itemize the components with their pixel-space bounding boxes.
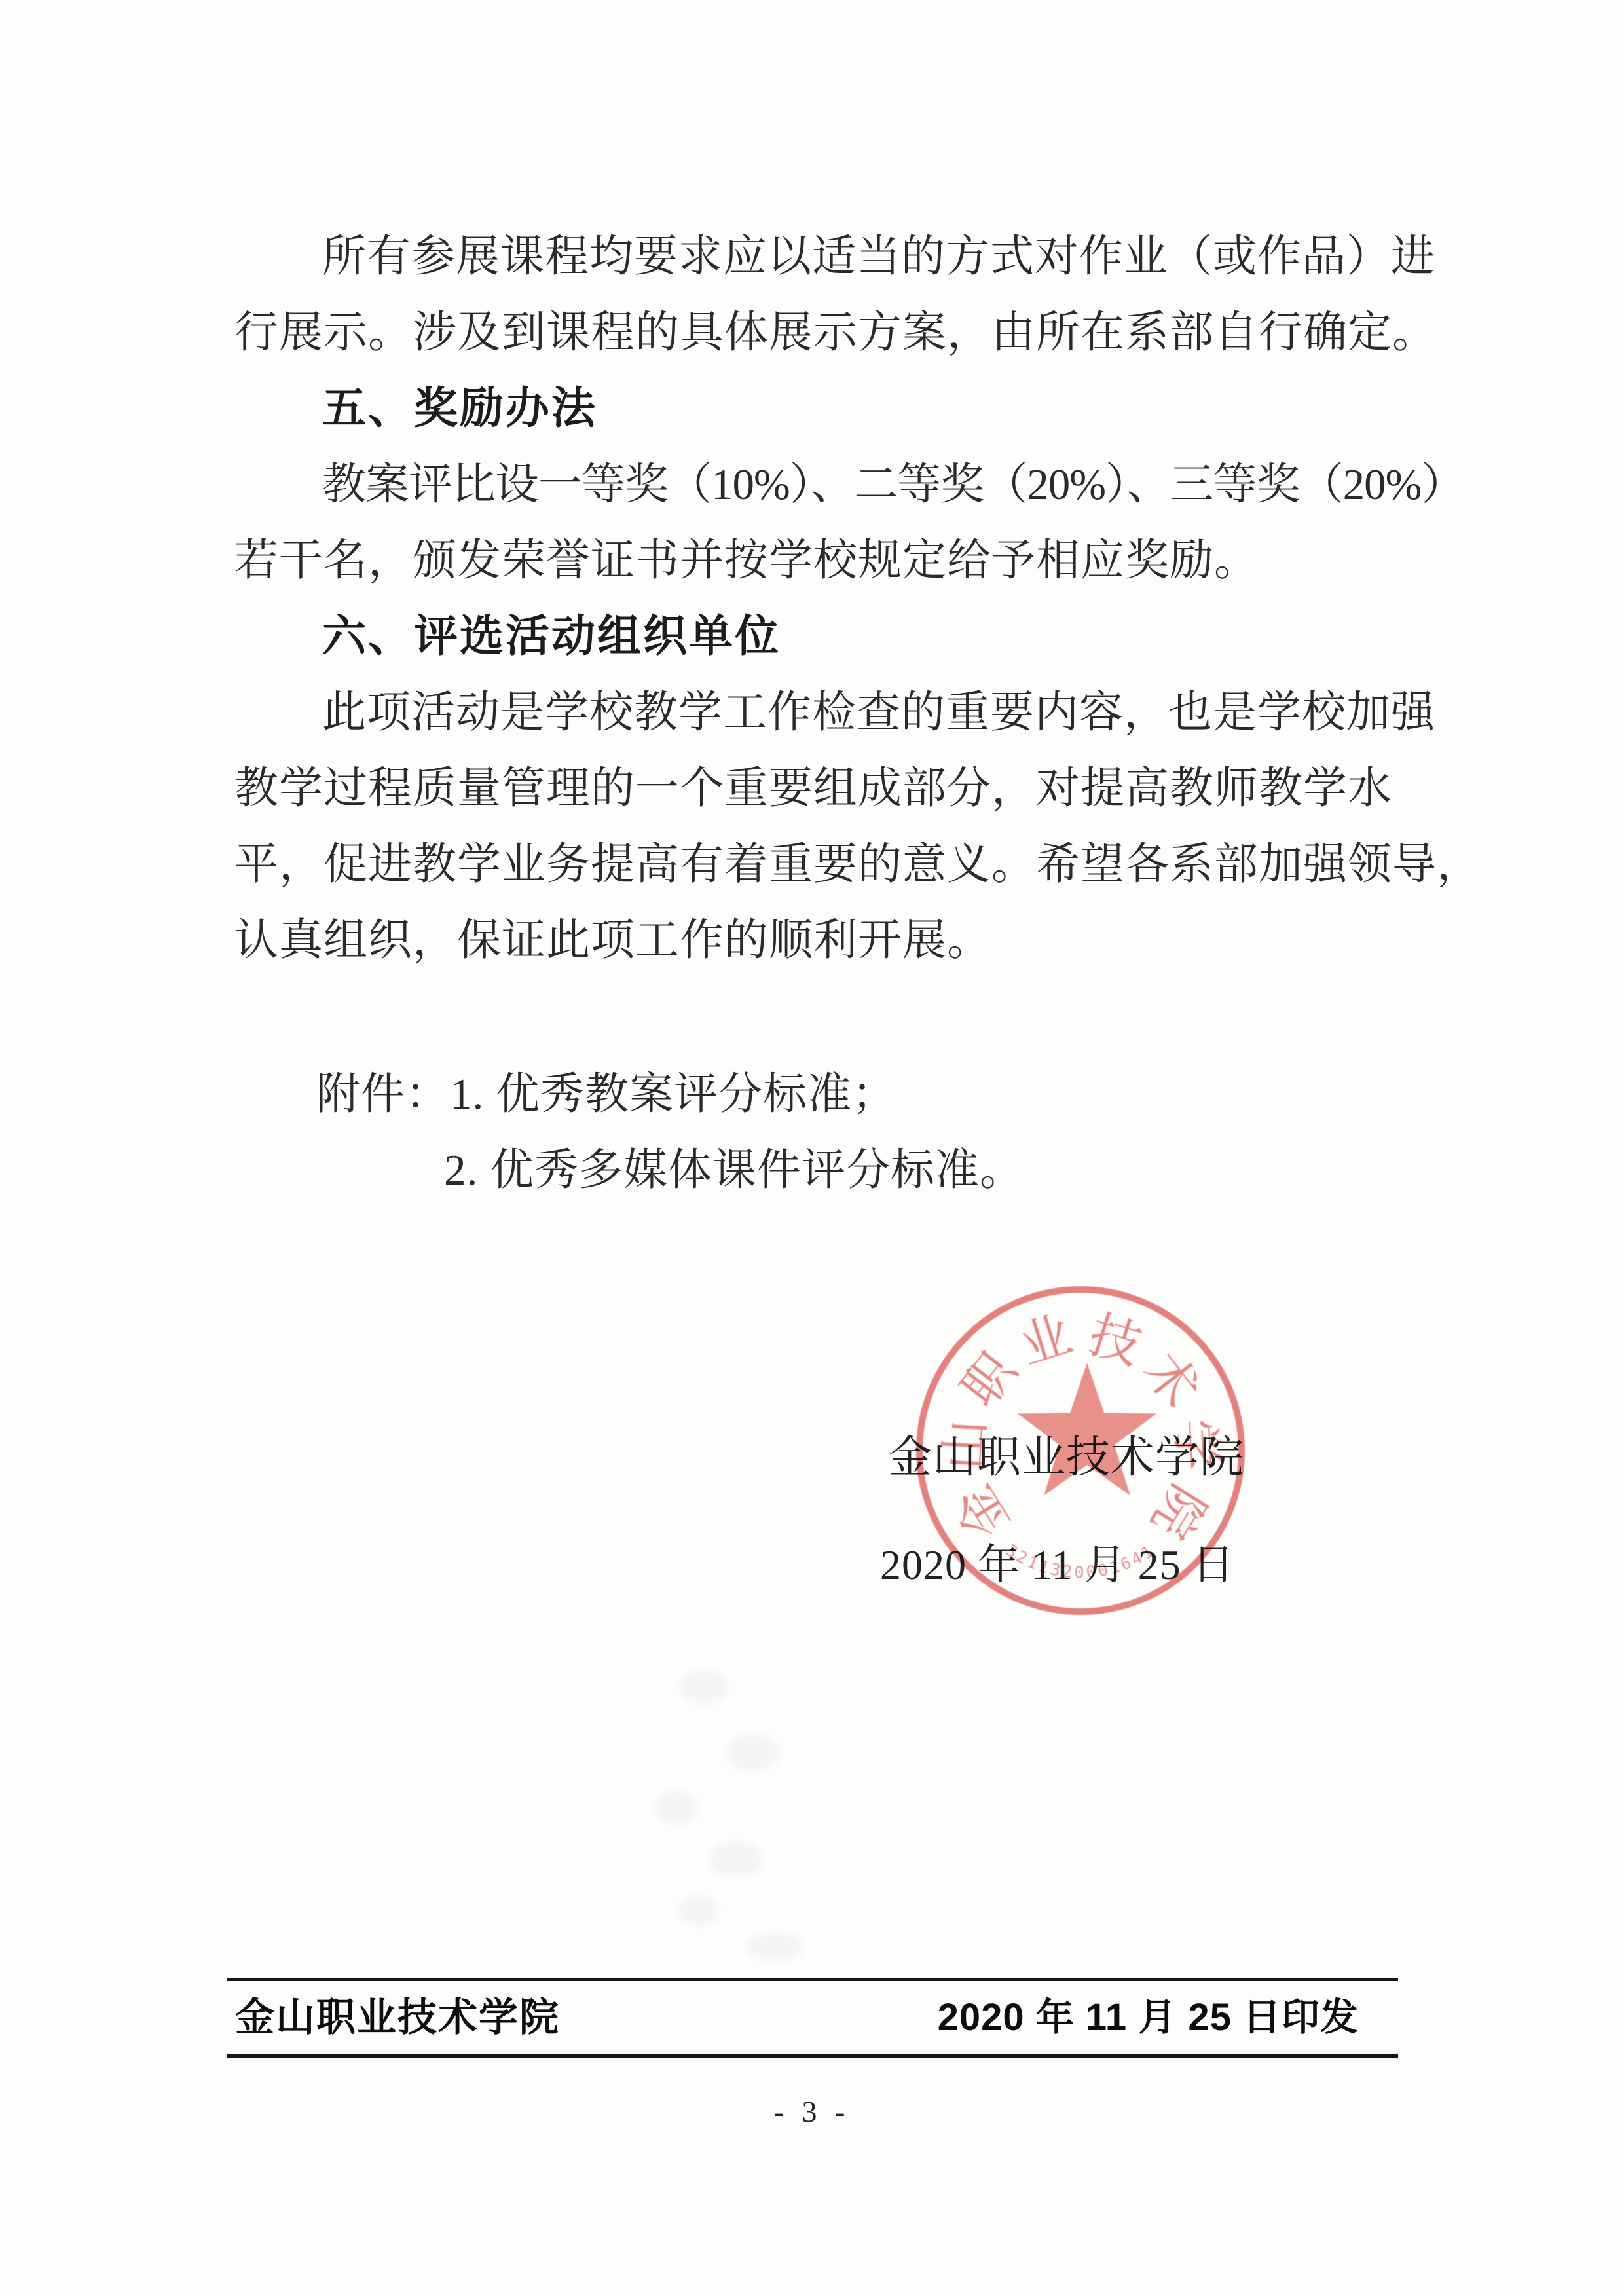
paragraph-line: 所有参展课程均要求应以适当的方式对作业（或作品）进	[234, 219, 1413, 295]
page-number: - 3 -	[0, 2094, 1624, 2129]
bleed-through-smudge	[727, 1734, 779, 1771]
seal-star-icon	[1018, 1363, 1157, 1496]
seal-ring-char: 业	[1013, 1305, 1079, 1375]
attachment-line-2: 2. 优秀多媒体课件评分标准。	[444, 1132, 1413, 1208]
seal-ring-char: 职	[951, 1341, 1028, 1418]
seal-ring-char: 山	[935, 1418, 995, 1472]
footer-print-date: 2020 年 11 月 25 日印发	[938, 1981, 1359, 2054]
official-seal-stamp: 金 山 职 业 技 术 学 院 3211320001641	[907, 1277, 1254, 1624]
seal-serial-number: 3211320001641	[1003, 1540, 1159, 1582]
paragraph-line: 教学过程质量管理的一个重要组成部分，对提高教师教学水	[234, 750, 1413, 826]
document-body: 所有参展课程均要求应以适当的方式对作业（或作品）进 行展示。涉及到课程的具体展示…	[234, 219, 1413, 1208]
seal-ring-char: 院	[1141, 1475, 1216, 1548]
section-heading-5: 五、奖励办法	[234, 371, 1413, 447]
seal-ring-char: 学	[1166, 1418, 1226, 1472]
paragraph-line: 若干名，颁发荣誉证书并按学校规定给予相应奖励。	[234, 523, 1413, 599]
paragraph-line: 平，促进教学业务提高有着重要的意义。希望各系部加强领导，	[234, 826, 1413, 902]
paragraph-line: 此项活动是学校教学工作检查的重要内容，也是学校加强	[234, 675, 1413, 750]
document-page: 所有参展课程均要求应以适当的方式对作业（或作品）进 行展示。涉及到课程的具体展示…	[0, 0, 1624, 2296]
bleed-through-smudge	[710, 1842, 762, 1877]
seal-ring-char: 术	[1134, 1342, 1210, 1418]
paragraph-line: 教案评比设一等奖（10%）、二等奖（20%）、三等奖（20%）	[234, 447, 1413, 523]
footer-issuer: 金山职业技术学院	[235, 1981, 560, 2054]
footer-band: 金山职业技术学院 2020 年 11 月 25 日印发	[227, 1978, 1398, 2058]
bleed-through-smudge	[678, 1896, 718, 1926]
attachment-line-1: 附件：1. 优秀教案评分标准；	[316, 1056, 1413, 1132]
paragraph-line: 认真组织，保证此项工作的顺利开展。	[234, 902, 1413, 978]
seal-ring-char: 技	[1082, 1305, 1148, 1375]
bleed-through-smudge	[747, 1933, 803, 1961]
paragraph-line: 行展示。涉及到课程的具体展示方案，由所在系部自行确定。	[234, 295, 1413, 371]
seal-ring-char: 金	[945, 1475, 1020, 1548]
section-heading-6: 六、评选活动组织单位	[234, 599, 1413, 675]
bleed-through-smudge	[655, 1791, 698, 1824]
bleed-through-smudge	[681, 1670, 727, 1704]
